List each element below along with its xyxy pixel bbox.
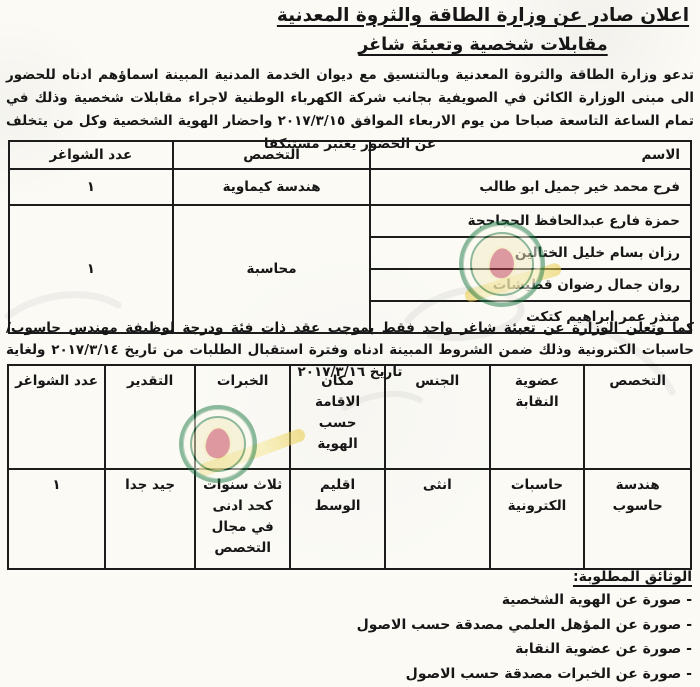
required-documents-title: الوثائق المطلوبة: <box>573 566 692 588</box>
vacancy-requirements-table: التخصص عضوية النقابة الجنس مكان الاقامة … <box>7 364 692 570</box>
list-item: - صورة عن المؤهل العلمي مصدقة حسب الاصول <box>8 614 692 638</box>
specialization-cell: هندسة كيماوية <box>173 169 371 205</box>
specialization-cell: هندسة حاسوب <box>584 469 691 569</box>
list-item: - صورة عن الخبرات مصدقة حسب الاصول <box>8 663 692 687</box>
col-header-name: الاسم <box>370 141 691 169</box>
required-documents-section: الوثائق المطلوبة: - صورة عن الهوية الشخص… <box>8 566 692 686</box>
announcement-subtitle: مقابلات شخصية وتعبئة شاغر <box>268 32 698 58</box>
table1-header-row: الاسم التخصص عدد الشواغر <box>9 141 691 169</box>
interview-candidates-table: الاسم التخصص عدد الشواغر فرح محمد خير جم… <box>8 140 692 334</box>
gender-cell: انثى <box>385 469 489 569</box>
experience-cell: ثلاث سنوات كحد ادنى في مجال التخصص <box>195 469 290 569</box>
list-item: - صورة عن عضوية النقابة <box>8 638 692 662</box>
col-header-residence: مكان الاقامة حسب الهوية <box>290 365 385 469</box>
candidate-name-cell: روان جمال رضوان قطيشات <box>370 269 691 301</box>
residence-cell: اقليم الوسط <box>290 469 385 569</box>
announcement-page: اعلان صادر عن وزارة الطاقة والثروة المعد… <box>0 0 700 687</box>
col-header-experience: الخبرات <box>195 365 290 469</box>
candidate-name-cell: فرح محمد خير جميل ابو طالب <box>370 169 691 205</box>
table2-header-row: التخصص عضوية النقابة الجنس مكان الاقامة … <box>8 365 691 469</box>
table-row: فرح محمد خير جميل ابو طالب هندسة كيماوية… <box>9 169 691 205</box>
grade-cell: جيد جدا <box>105 469 195 569</box>
vacancy-count-cell: ١ <box>9 169 173 205</box>
candidate-name-cell: رزان بسام خليل الختالين <box>370 237 691 269</box>
col-header-union-membership: عضوية النقابة <box>490 365 585 469</box>
vacancy-count-cell: ١ <box>8 469 105 569</box>
candidate-name-cell: حمزة فارع عبدالحافظ الحجاحجة <box>370 205 691 237</box>
table-row: حمزة فارع عبدالحافظ الحجاحجة محاسبة ١ <box>9 205 691 237</box>
union-membership-cell: حاسبات الكترونية <box>490 469 585 569</box>
table-row: هندسة حاسوب حاسبات الكترونية انثى اقليم … <box>8 469 691 569</box>
col-header-grade: التقدير <box>105 365 195 469</box>
announcement-title: اعلان صادر عن وزارة الطاقة والثروة المعد… <box>268 2 698 29</box>
specialization-cell: محاسبة <box>173 205 371 333</box>
vacancy-count-cell: ١ <box>9 205 173 333</box>
list-item: - صورة عن الهوية الشخصية <box>8 589 692 613</box>
col-header-specialization: التخصص <box>584 365 691 469</box>
title-block: اعلان صادر عن وزارة الطاقة والثروة المعد… <box>268 2 698 58</box>
col-header-gender: الجنس <box>385 365 489 469</box>
col-header-specialization: التخصص <box>173 141 371 169</box>
col-header-vacancy-count: عدد الشواغر <box>9 141 173 169</box>
col-header-vacancy-count: عدد الشواغر <box>8 365 105 469</box>
document-content: اعلان صادر عن وزارة الطاقة والثروة المعد… <box>0 0 700 687</box>
